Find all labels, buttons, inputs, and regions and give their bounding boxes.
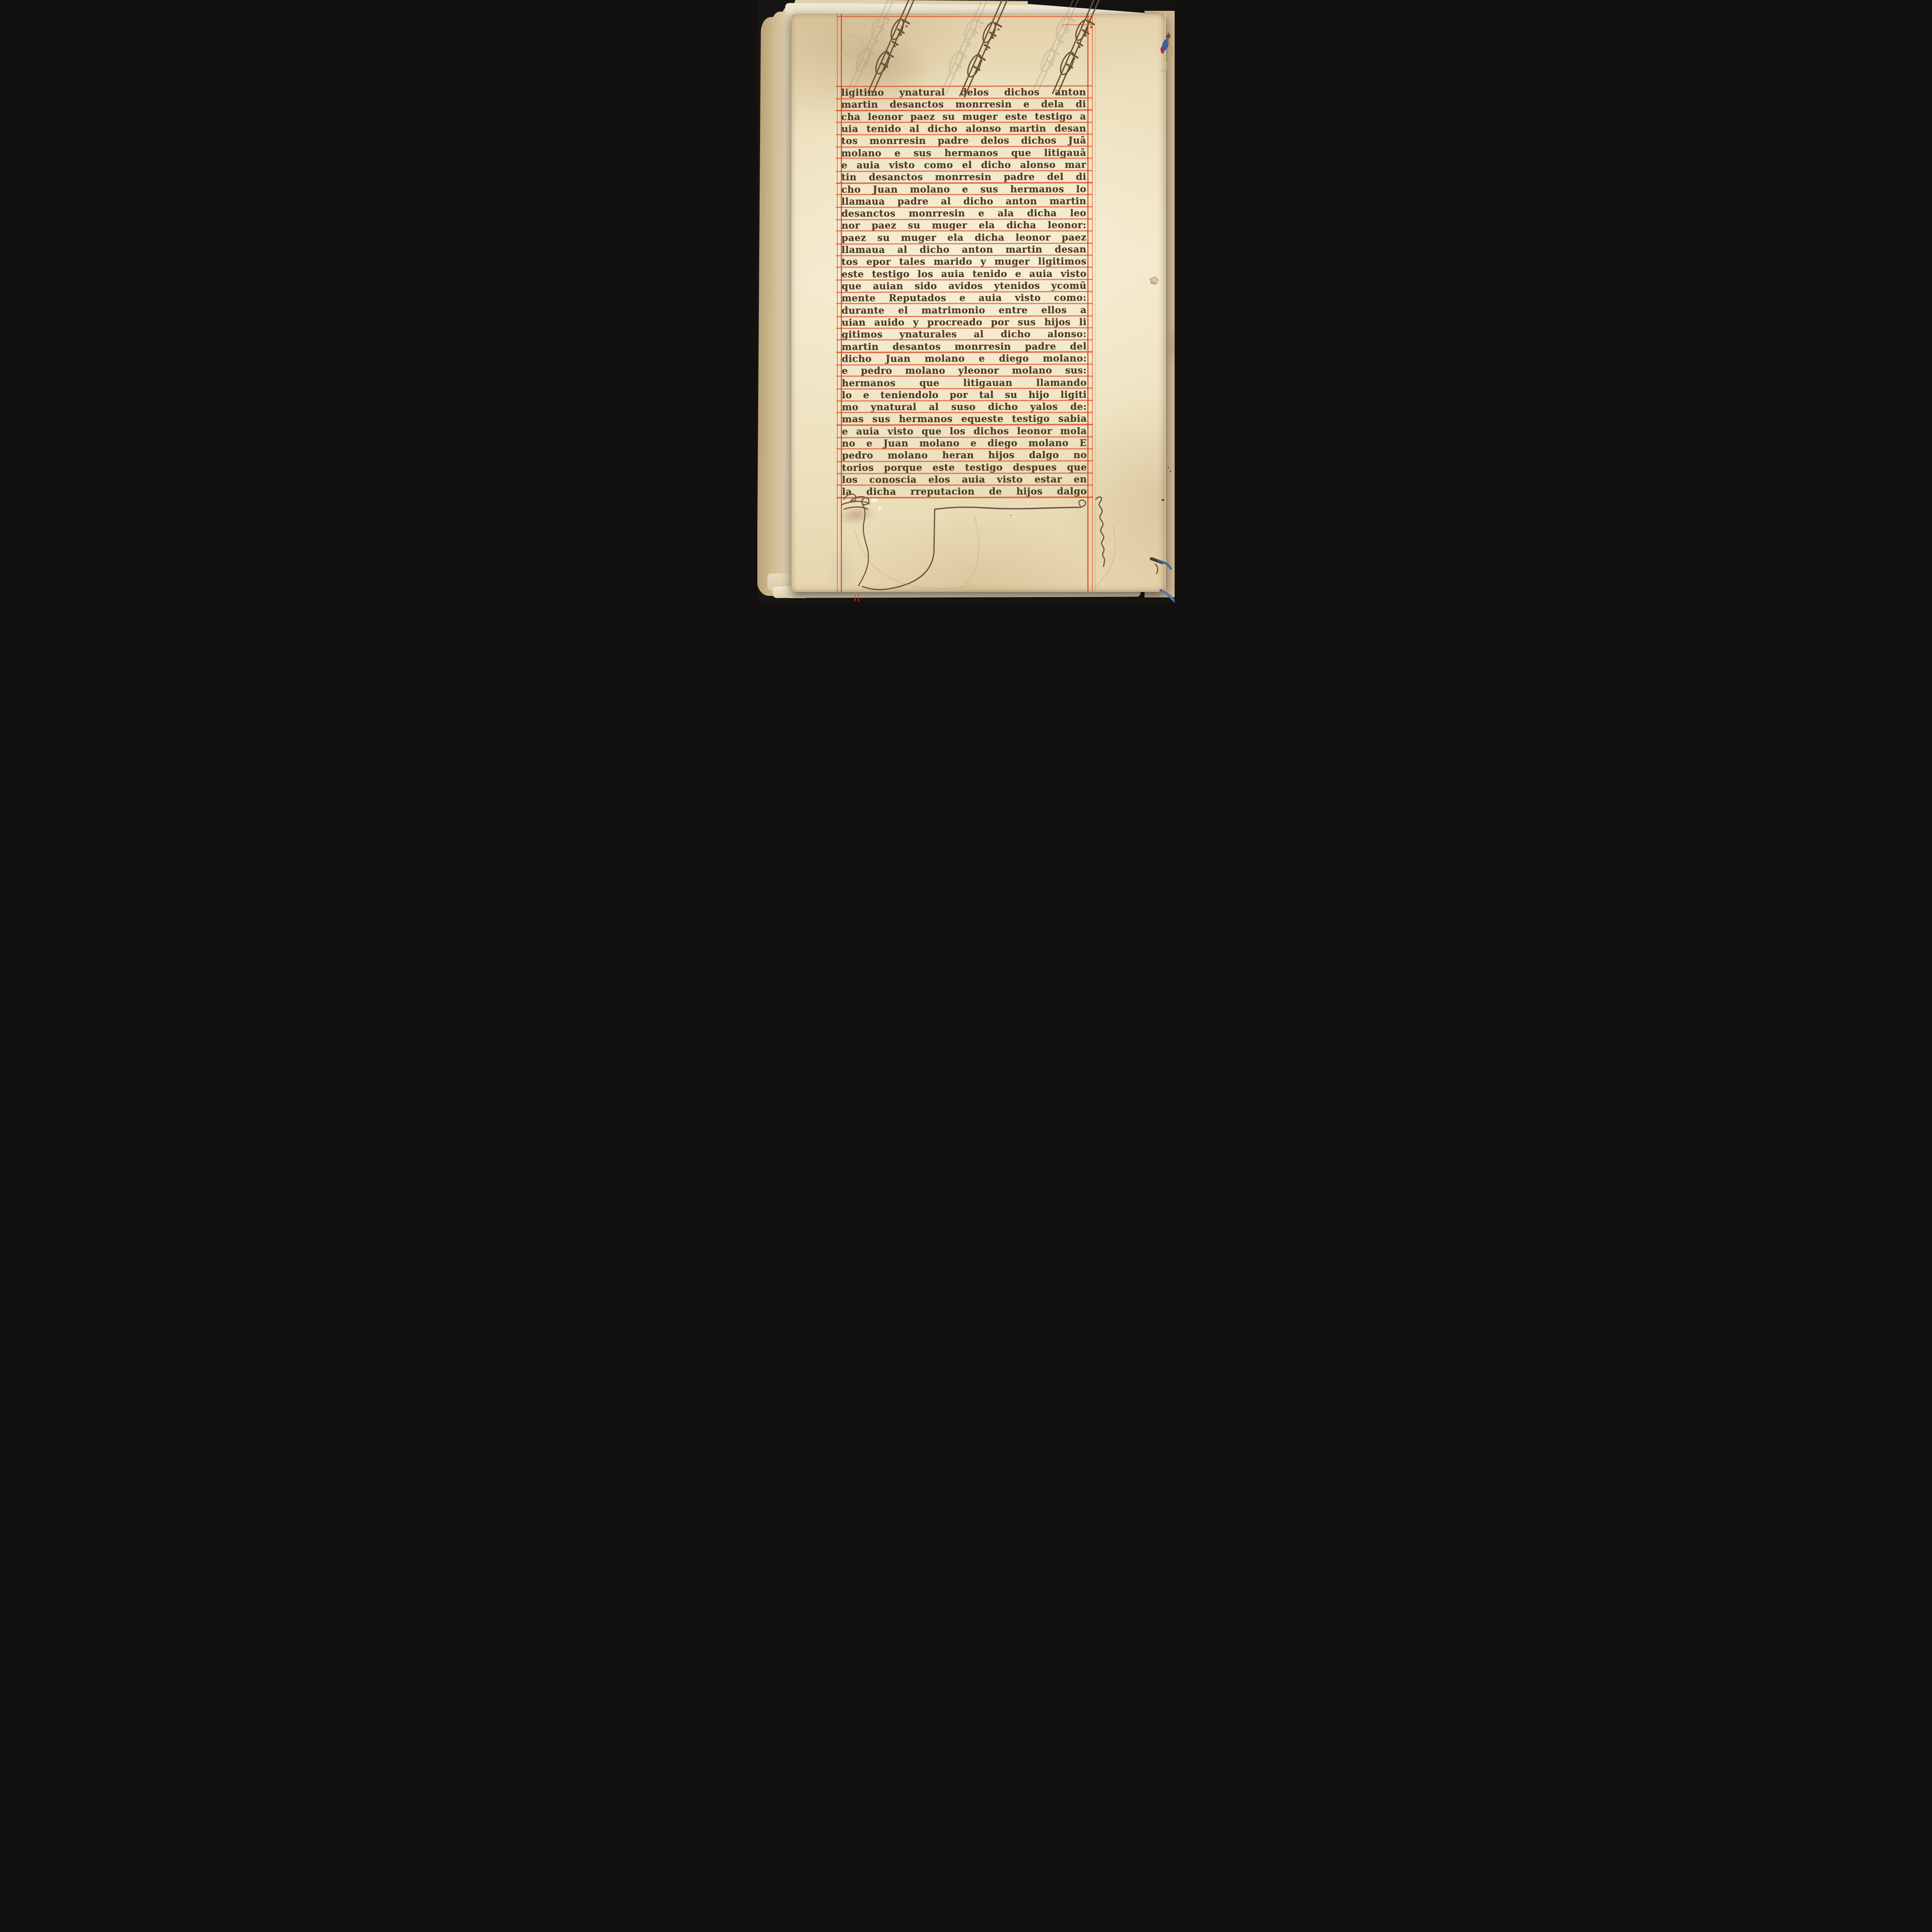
manuscript-line-text: mo ynatural al suso dicho yalos de:: [842, 401, 1087, 413]
manuscript-line-text: uia tenido al dicho alonso martin desan: [841, 122, 1086, 135]
manuscript-photo: ligitimo ynatural delos dichos antonmart…: [757, 0, 1175, 603]
text-block: ligitimo ynatural delos dichos antonmart…: [841, 86, 1087, 498]
manuscript-line: pedro molano heran hijos dalgo no: [842, 449, 1087, 462]
ink-speck: [1170, 471, 1171, 472]
manuscript-line-text: tos monrresin padre delos dichos Juā: [841, 135, 1086, 148]
manuscript-line-text: la dicha rreputacion de hijos dalgo: [842, 486, 1087, 498]
manuscript-line-text: lo e teniendolo por tal su hijo ligiti: [842, 389, 1087, 401]
manuscript-line-text: cho Juan molano e sus hermanos lo: [841, 183, 1086, 196]
manuscript-line-text: este testigo los auia tenido e auia vist…: [842, 268, 1087, 281]
manuscript-line: uian auido y procreado por sus hijos li: [842, 316, 1087, 329]
manuscript-line-text: molano e sus hermanos que litigauā: [841, 147, 1086, 160]
manuscript-line-text: que auian sido avidos ytenidos ycomū: [842, 280, 1087, 293]
flaked-spot: [878, 507, 882, 510]
manuscript-line: molano e sus hermanos que litigauā: [841, 147, 1086, 160]
manuscript-line-text: mas sus hermanos equeste testigo sabia: [842, 413, 1087, 426]
manuscript-line: tos monrresin padre delos dichos Juā: [841, 135, 1086, 148]
manuscript-line: torios porque este testigo despues que: [842, 461, 1087, 474]
manuscript-line-text: durante el matrimonio entre ellos a: [842, 304, 1087, 317]
manuscript-line-text: torios porque este testigo despues que: [842, 461, 1087, 474]
ink-speck: [1162, 499, 1165, 501]
manuscript-line: gitimos ynaturales al dicho alonso:: [842, 328, 1087, 341]
manuscript-line: que auian sido avidos ytenidos ycomū: [842, 280, 1087, 293]
manuscript-line: uia tenido al dicho alonso martin desan: [841, 122, 1086, 135]
manuscript-line-text: hermanos que litigauan llamando: [842, 377, 1087, 389]
manuscript-line-text: llamaua al dicho anton martin desan: [842, 243, 1087, 256]
manuscript-line-text: martin desantos monrresin padre del: [842, 340, 1087, 353]
manuscript-line: dicho Juan molano e diego molano:: [842, 352, 1087, 365]
ink-speck: [1010, 515, 1011, 516]
manuscript-line: mente Reputados e auia visto como:: [842, 292, 1087, 305]
manuscript-line-text: uian auido y procreado por sus hijos li: [842, 316, 1087, 329]
manuscript-line-text: e pedro molano yleonor molano sus:: [842, 365, 1087, 378]
manuscript-line: e auia visto que los dichos leonor mola: [842, 425, 1087, 438]
manuscript-line: no e Juan molano e diego molano E: [842, 437, 1087, 450]
manuscript-line-text: cha leonor paez su muger este testigo a: [841, 111, 1086, 123]
show-through-ghost: [828, 543, 855, 600]
manuscript-line-text: ligitimo ynatural delos dichos anton: [841, 86, 1086, 99]
ruling-line-top-margin: [837, 16, 1093, 17]
manuscript-line: llamaua al dicho anton martin desan: [842, 243, 1087, 256]
manuscript-line: martin desanctos monrresin e dela di: [841, 99, 1086, 111]
manuscript-line: paez su muger ela dicha leonor paez: [842, 231, 1087, 244]
manuscript-line-text: los conoscia elos auia visto estar en: [842, 473, 1087, 486]
manuscript-line: tos epor tales marido y muger ligitimos: [842, 256, 1087, 269]
manuscript-line: llamaua padre al dicho anton martin: [841, 195, 1086, 208]
ruling-line-top-margin-2: [1062, 24, 1095, 25]
manuscript-line-text: llamaua padre al dicho anton martin: [841, 195, 1086, 208]
manuscript-line: e auia visto como el dicho alonso mar: [841, 159, 1086, 172]
manuscript-line-text: e auia visto que los dichos leonor mola: [842, 425, 1087, 438]
manuscript-line: desanctos monrresin e ala dicha leo: [842, 207, 1087, 220]
manuscript-line: lo e teniendolo por tal su hijo ligiti: [842, 389, 1087, 401]
manuscript-line-text: mente Reputados e auia visto como:: [842, 292, 1087, 305]
manuscript-line: durante el matrimonio entre ellos a: [842, 304, 1087, 317]
manuscript-line: martin desantos monrresin padre del: [842, 340, 1087, 353]
manuscript-line: este testigo los auia tenido e auia vist…: [842, 268, 1087, 281]
manuscript-line-text: paez su muger ela dicha leonor paez: [842, 231, 1087, 244]
manuscript-line: hermanos que litigauan llamando: [842, 377, 1087, 389]
manuscript-line: mas sus hermanos equeste testigo sabia: [842, 413, 1087, 426]
parchment-page: ligitimo ynatural delos dichos antonmart…: [791, 14, 1166, 592]
manuscript-line: cho Juan molano e sus hermanos lo: [841, 183, 1086, 196]
manuscript-line: e pedro molano yleonor molano sus:: [842, 365, 1087, 378]
manuscript-line-text: nor paez su muger ela dicha leonor:: [842, 219, 1087, 232]
manuscript-line-text: desanctos monrresin e ala dicha leo: [842, 207, 1087, 220]
manuscript-line-text: gitimos ynaturales al dicho alonso:: [842, 328, 1087, 341]
manuscript-line-text: tin desanctos monrresin padre del di: [841, 171, 1086, 184]
manuscript-line: ligitimo ynatural delos dichos anton: [841, 86, 1086, 99]
manuscript-line-text: no e Juan molano e diego molano E: [842, 437, 1087, 450]
manuscript-line-text: martin desanctos monrresin e dela di: [841, 99, 1086, 111]
manuscript-line-text: e auia visto como el dicho alonso mar: [841, 159, 1086, 172]
manuscript-line-text: pedro molano heran hijos dalgo no: [842, 449, 1087, 462]
manuscript-line: tin desanctos monrresin padre del di: [841, 171, 1086, 184]
manuscript-line: los conoscia elos auia visto estar en: [842, 473, 1087, 486]
manuscript-line: la dicha rreputacion de hijos dalgo: [842, 486, 1087, 498]
manuscript-line: cha leonor paez su muger este testigo a: [841, 111, 1086, 123]
manuscript-line: nor paez su muger ela dicha leonor:: [842, 219, 1087, 232]
manuscript-line: mo ynatural al suso dicho yalos de:: [842, 401, 1087, 413]
ruling-line-vertical-right-faint: [1095, 14, 1096, 592]
manuscript-line-text: tos epor tales marido y muger ligitimos: [842, 256, 1087, 269]
manuscript-line-text: dicho Juan molano e diego molano:: [842, 352, 1087, 365]
ink-speck: [1168, 467, 1169, 468]
